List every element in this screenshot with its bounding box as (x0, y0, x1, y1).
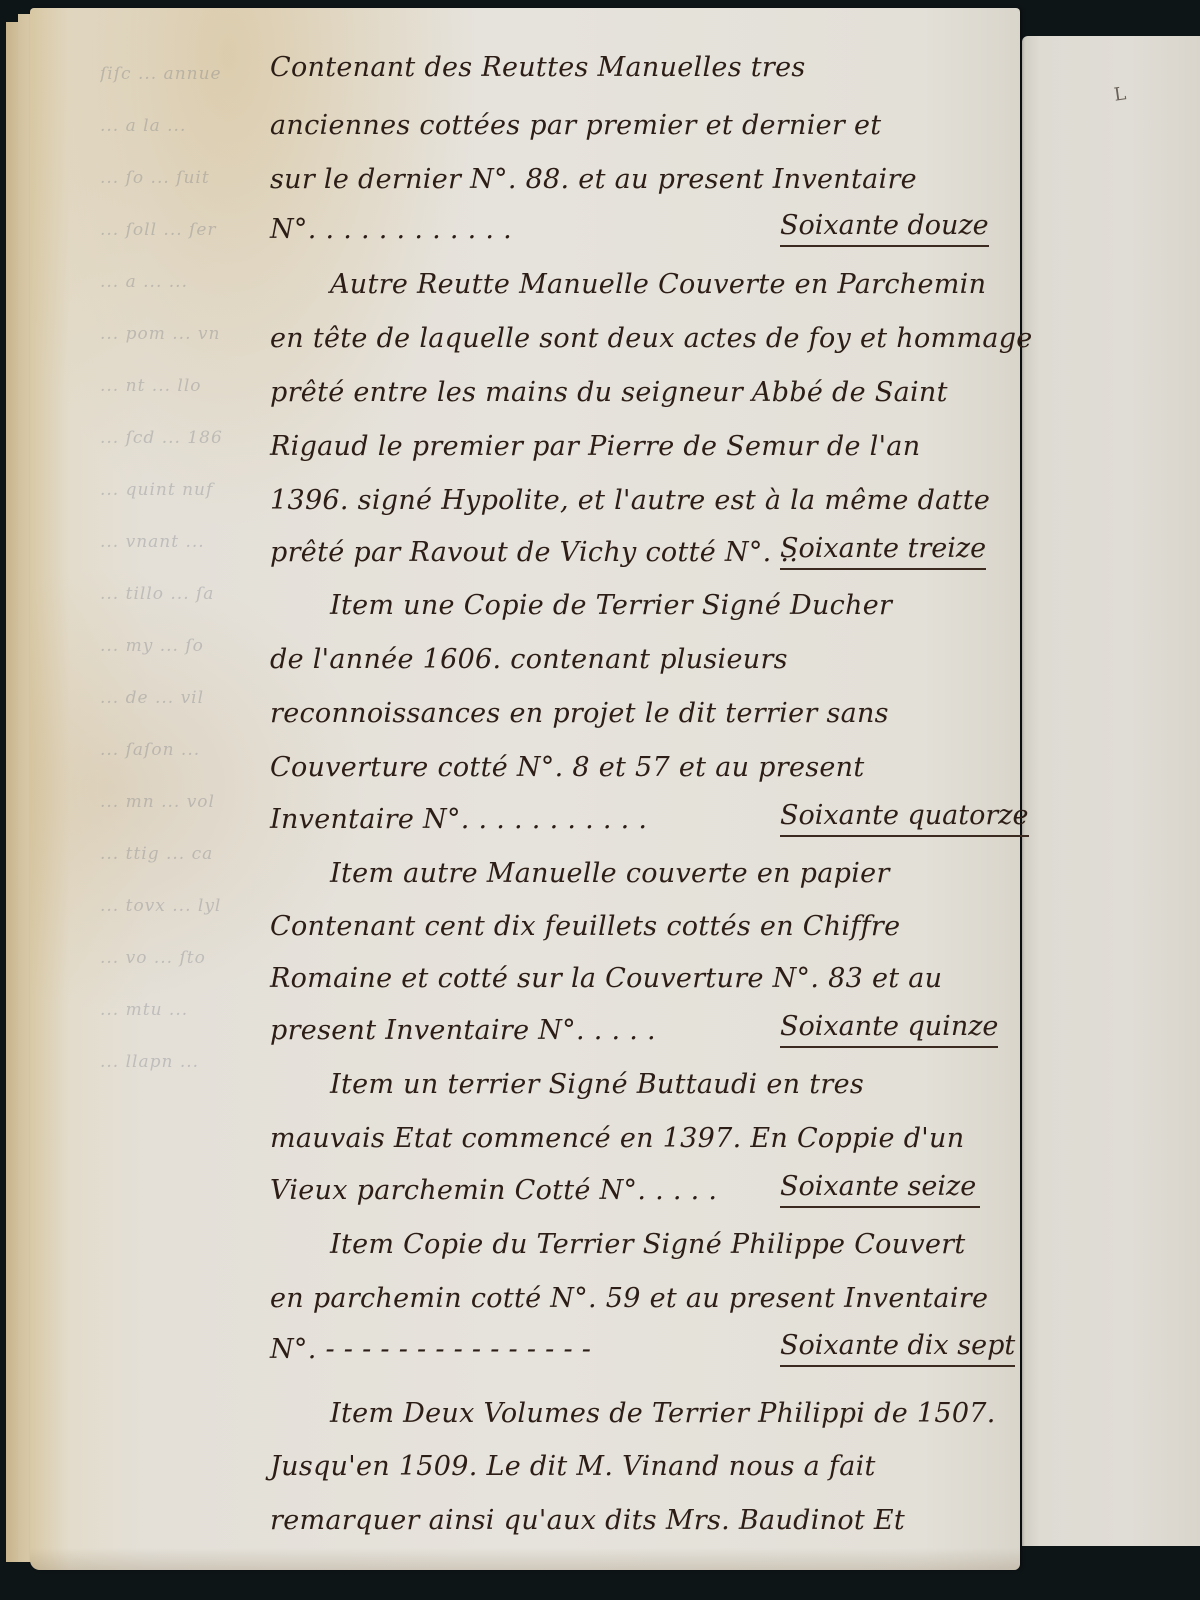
manuscript-line: reconnoissances en projet le dit terrier… (270, 698, 889, 729)
manuscript-line: N°. . . . . . . . . . . . (270, 214, 512, 245)
item-number-in-words: Soixante dix sept (780, 1330, 1015, 1367)
manuscript-line: Inventaire N°. . . . . . . . . . . (270, 804, 647, 835)
manuscript-line: Couverture cotté N°. 8 et 57 et au prese… (270, 752, 865, 783)
manuscript-line: Item autre Manuelle couverte en papier (330, 858, 890, 889)
manuscript-line: present Inventaire N°. . . . . (270, 1015, 656, 1046)
manuscript-line: en tête de laquelle sont deux actes de f… (270, 323, 1033, 354)
manuscript-line: prêté entre les mains du seigneur Abbé d… (270, 377, 948, 408)
manuscript-line: Autre Reutte Manuelle Couverte en Parche… (330, 269, 986, 300)
manuscript-line: Item Copie du Terrier Signé Philippe Cou… (330, 1229, 966, 1260)
manuscript-line: Rigaud le premier par Pierre de Semur de… (270, 431, 920, 462)
photo-scene: L ſiſc ... annue... a la ...... ſo ... ſ… (0, 0, 1200, 1600)
manuscript-line: N°. - - - - - - - - - - - - - - - (270, 1334, 591, 1365)
manuscript-line: Contenant des Reuttes Manuelles tres (270, 52, 806, 83)
item-number-in-words: Soixante quatorze (780, 800, 1029, 837)
manuscript-page: ſiſc ... annue... a la ...... ſo ... ſui… (30, 8, 1020, 1570)
manuscript-line: Vieux parchemin Cotté N°. . . . . (270, 1175, 717, 1206)
manuscript-line: sur le dernier N°. 88. et au present Inv… (270, 164, 917, 195)
manuscript-line: mauvais Etat commencé en 1397. En Coppie… (270, 1123, 964, 1154)
manuscript-line: de l'année 1606. contenant plusieurs (270, 644, 788, 675)
manuscript-line: Item un terrier Signé Buttaudi en tres (330, 1069, 864, 1100)
manuscript-line: anciennes cottées par premier et dernier… (270, 110, 881, 141)
manuscript-line: Romaine et cotté sur la Couverture N°. 8… (270, 963, 942, 994)
manuscript-line: Item Deux Volumes de Terrier Philippi de… (330, 1398, 996, 1429)
manuscript-line: en parchemin cotté N°. 59 et au present … (270, 1283, 988, 1314)
item-number-in-words: Soixante seize (780, 1171, 980, 1208)
manuscript-line: Jusqu'en 1509. Le dit M. Vinand nous a f… (270, 1451, 876, 1482)
manuscript-line: prêté par Ravout de Vichy cotté N°. .. (270, 537, 798, 568)
manuscript-line: remarquer ainsi qu'aux dits Mrs. Baudino… (270, 1505, 905, 1536)
item-number-in-words: Soixante treize (780, 533, 986, 570)
manuscript-line: Contenant cent dix feuillets cottés en C… (270, 911, 900, 942)
manuscript-text: Contenant des Reuttes Manuelles tresanci… (30, 8, 1020, 1570)
item-number-in-words: Soixante douze (780, 210, 989, 247)
next-page: L (1022, 36, 1200, 1546)
manuscript-line: 1396. signé Hypolite, et l'autre est à l… (270, 485, 990, 516)
manuscript-line: Item une Copie de Terrier Signé Ducher (330, 590, 892, 621)
item-number-in-words: Soixante quinze (780, 1011, 998, 1048)
next-page-mark: L (1113, 83, 1128, 105)
